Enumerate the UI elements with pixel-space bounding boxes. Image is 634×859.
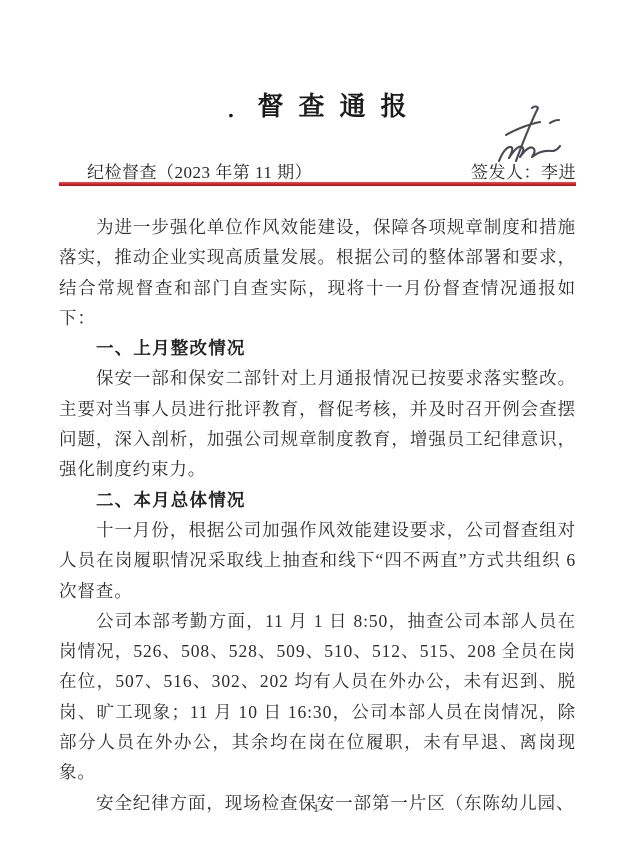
issue-number: 纪检督查（2023 年第 11 期） [87, 158, 312, 183]
page-number: - 1 - [0, 801, 634, 816]
document-body: 为进一步强化单位作风效能建设，保障各项规章制度和措施落实，推动企业实现高质量发展… [59, 212, 576, 818]
handwritten-signature-icon [486, 100, 586, 174]
document-page: ．督查通报 纪检督查（2023 年第 11 期） 签发人：李进 为进一步强化单位… [0, 0, 634, 859]
title-dot: ． [227, 97, 249, 122]
red-separator-line [59, 182, 576, 186]
section-heading: 二、本月总体情况 [59, 485, 576, 515]
title-text: 督查通报 [258, 92, 422, 121]
paragraph: 十一月份，根据公司加强作风效能建设要求，公司督查组对人员在岗履职情况采取线上抽查… [59, 515, 576, 606]
paragraph: 为进一步强化单位作风效能建设，保障各项规章制度和措施落实，推动企业实现高质量发展… [59, 212, 576, 333]
paragraph: 保安一部和保安二部针对上月通报情况已按要求落实整改。主要对当事人员进行批评教育，… [59, 363, 576, 484]
section-heading: 一、上月整改情况 [59, 333, 576, 363]
paragraph: 公司本部考勤方面，11 月 1 日 8:50，抽查公司本部人员在岗情况，526、… [59, 606, 576, 788]
